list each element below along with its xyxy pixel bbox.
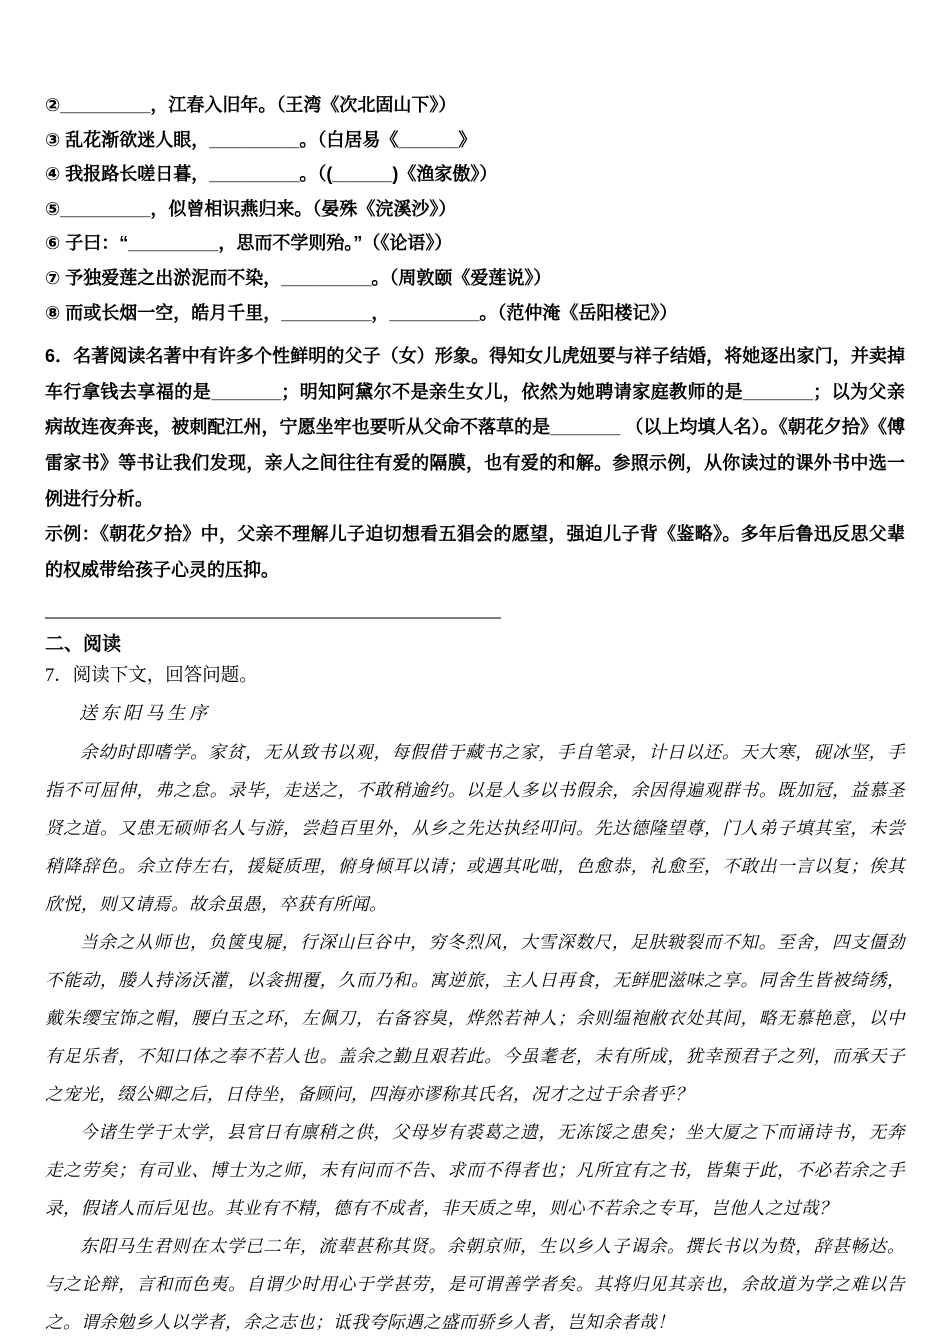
recitation-item-8: ⑧ 而或长烟一空，皓月千里，_________，_________。（范仲淹《岳… <box>45 296 905 331</box>
essay-paragraph-4: 东阳马生君则在太学已二年，流辈甚称其贤。余朝京师，生以乡人子谒余。撰长书以为贽，… <box>45 1227 905 1341</box>
essay-title: 送东阳马生序 <box>79 701 905 725</box>
essay-paragraph-3: 今诸生学于太学，县官日有廪稍之供，父母岁有裘葛之遗，无冻馁之患矣；坐大厦之下而诵… <box>45 1113 905 1227</box>
recitation-item-4: ④ 我报路长嗟日暮，_________。（(______)《渔家傲》） <box>45 157 905 192</box>
essay-paragraph-1: 余幼时即嗜学。家贫，无从致书以观，每假借于藏书之家，手自笔录，计日以还。天大寒，… <box>45 733 905 923</box>
recitation-item-2: ②_________，江春入旧年。（王湾《次北固山下》） <box>45 88 905 123</box>
answer-line <box>45 617 501 619</box>
question-7-prompt: 7．阅读下文，回答问题。 <box>45 664 905 688</box>
question-6-text: 6．名著阅读名著中有许多个性鲜明的父子（女）形象。得知女儿虎妞要与祥子结婚，将她… <box>45 339 905 517</box>
essay-paragraph-2: 当余之从师也，负箧曳屣，行深山巨谷中，穷冬烈风，大雪深数尺，足肤皲裂而不知。至舍… <box>45 923 905 1113</box>
recitation-list: ②_________，江春入旧年。（王湾《次北固山下》） ③ 乱花渐欲迷人眼，_… <box>45 88 905 330</box>
recitation-item-7: ⑦ 予独爱莲之出淤泥而不染，_________。（周敦颐《爱莲说》） <box>45 261 905 296</box>
recitation-item-6: ⑥ 子曰：“_________，思而不学则殆。”（《论语》） <box>45 226 905 261</box>
recitation-item-5: ⑤_________，似曾相识燕归来。（晏殊《浣溪沙》） <box>45 192 905 227</box>
recitation-item-3: ③ 乱花渐欲迷人眼，_________。（白居易《______》 <box>45 123 905 158</box>
question-6-example: 示例：《朝花夕拾》中，父亲不理解儿子迫切想看五猖会的愿望，强迫儿子背《鉴略》。多… <box>45 517 905 588</box>
exam-page: ②_________，江春入旧年。（王湾《次北固山下》） ③ 乱花渐欲迷人眼，_… <box>0 0 950 1344</box>
section-2-heading: 二、阅读 <box>45 634 905 656</box>
